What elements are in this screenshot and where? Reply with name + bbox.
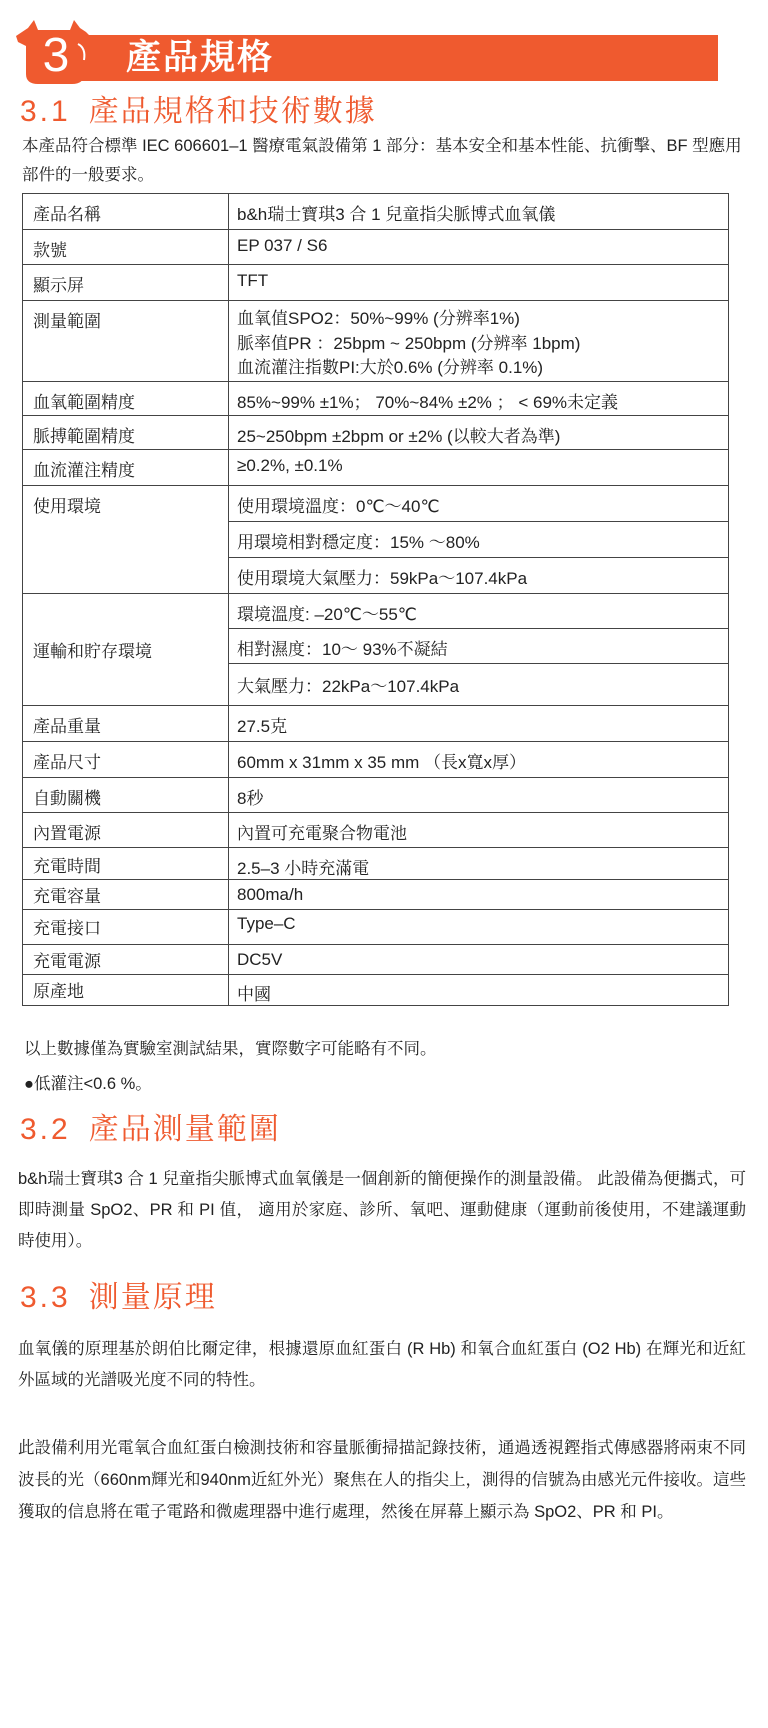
section-3-1-title: 產品規格和技術數據 (89, 95, 377, 128)
row-value: b&h瑞士寶琪3 合 1 兒童指尖脈博式血氧儀 (229, 194, 729, 230)
section-3-3-title: 測量原理 (89, 1281, 217, 1314)
row-label: 脈搏範圍精度 (23, 415, 229, 449)
banner-title: 產品規格 (126, 34, 274, 82)
row-label: 充電接口 (23, 909, 229, 944)
table-row: 脈搏範圍精度 25~250bpm ±2bpm or ±2% (以較大者為準) (23, 415, 729, 449)
table-row: 血流灌注精度 ≥0.2%, ±0.1% (23, 449, 729, 485)
row-value: TFT (229, 265, 729, 301)
row-value: 2.5–3 小時充滿電 (229, 847, 729, 879)
section-3-1-number: 3.1 (20, 95, 71, 128)
row-label: 充電電源 (23, 944, 229, 974)
section-3-1-heading: 3.1產品規格和技術數據 (20, 94, 377, 130)
table-row: 血氧範圍精度 85%~99% ±1%； 70%~84% ±2% ； < 69%未… (23, 381, 729, 415)
row-value: ≥0.2%, ±0.1% (229, 449, 729, 485)
section-3-3-heading: 3.3測量原理 (20, 1280, 217, 1316)
section-number: 3 (36, 28, 76, 84)
row-subvalue: 環境溫度: –20℃～55℃ (229, 593, 729, 628)
table-row: 充電電源 DC5V (23, 944, 729, 974)
standards-intro: 本產品符合標準 IEC 606601–1 醫療電氣設備第 1 部分：基本安全和基… (22, 132, 742, 190)
section-banner: 3 產品規格 (14, 18, 718, 88)
table-row: 款號 EP 037 / S6 (23, 230, 729, 265)
row-label: 內置電源 (23, 812, 229, 847)
row-label: 使用環境 (23, 485, 229, 593)
row-value: 血氧值SPO2：50%~99% (分辨率1%) 脈率值PR ：25bpm ~ 2… (229, 301, 729, 382)
section-3-3-paragraph-1: 血氧儀的原理基於朗伯比爾定律，根據還原血紅蛋白 (R Hb) 和氧合血紅蛋白 (… (18, 1334, 746, 1396)
table-row: 產品名稱 b&h瑞士寶琪3 合 1 兒童指尖脈博式血氧儀 (23, 194, 729, 230)
table-row: 自動關機 8秒 (23, 777, 729, 812)
section-3-3-number: 3.3 (20, 1281, 71, 1314)
table-row: 產品重量 27.5克 (23, 705, 729, 741)
row-subvalue: 用環境相對穩定度：15% ～80% (229, 521, 729, 557)
row-label: 充電容量 (23, 879, 229, 909)
row-label: 自動關機 (23, 777, 229, 812)
section-3-2-heading: 3.2產品測量範圍 (20, 1112, 281, 1148)
table-row: 測量範圍 血氧值SPO2：50%~99% (分辨率1%) 脈率值PR ：25bp… (23, 301, 729, 382)
table-row: 充電容量 800ma/h (23, 879, 729, 909)
row-label: 充電時間 (23, 847, 229, 879)
row-value: Type–C (229, 909, 729, 944)
row-value: 中國 (229, 974, 729, 1005)
spec-table: 產品名稱 b&h瑞士寶琪3 合 1 兒童指尖脈博式血氧儀 款號 EP 037 /… (22, 193, 729, 1006)
table-row: 使用環境 使用環境溫度：0℃～40℃ (23, 485, 729, 521)
row-value: 85%~99% ±1%； 70%~84% ±2% ； < 69%未定義 (229, 381, 729, 415)
row-subvalue: 使用環境溫度：0℃～40℃ (229, 485, 729, 521)
row-value: 8秒 (229, 777, 729, 812)
section-3-2-title: 產品測量範圍 (89, 1113, 281, 1146)
row-label: 產品尺寸 (23, 741, 229, 777)
row-label: 產品重量 (23, 705, 229, 741)
lab-results-note: 以上數據僅為實驗室測試結果，實際數字可能略有不同。 (24, 1035, 752, 1064)
row-value: 內置可充電聚合物電池 (229, 812, 729, 847)
table-row: 顯示屏 TFT (23, 265, 729, 301)
measure-pr: 脈率值PR ：25bpm ~ 250bpm (分辨率 1bpm) (237, 332, 718, 357)
low-perfusion-bullet: ●低灌注<0.6 %。 (24, 1070, 752, 1099)
table-row: 充電時間 2.5–3 小時充滿電 (23, 847, 729, 879)
row-label: 產品名稱 (23, 194, 229, 230)
row-value: EP 037 / S6 (229, 230, 729, 265)
row-value: 60mm x 31mm x 35 mm （長x寬x厚） (229, 741, 729, 777)
row-subvalue: 相對濕度：10～ 93%不凝結 (229, 628, 729, 663)
row-value: 27.5克 (229, 705, 729, 741)
table-row: 充電接口 Type–C (23, 909, 729, 944)
section-3-3-paragraph-2: 此設備利用光電氧合血紅蛋白檢測技術和容量脈衝掃描記錄技術，通過透視鏗指式傳感器將… (18, 1432, 746, 1528)
table-row: 運輸和貯存環境 環境溫度: –20℃～55℃ (23, 593, 729, 628)
table-row: 原產地 中國 (23, 974, 729, 1005)
row-label: 顯示屏 (23, 265, 229, 301)
row-value: 800ma/h (229, 879, 729, 909)
row-value: 25~250bpm ±2bpm or ±2% (以較大者為準) (229, 415, 729, 449)
measure-spo2: 血氧值SPO2：50%~99% (分辨率1%) (237, 307, 718, 332)
row-label: 血氧範圍精度 (23, 381, 229, 415)
row-label: 原產地 (23, 974, 229, 1005)
row-label: 測量範圍 (23, 301, 229, 382)
measure-pi: 血流灌注指數PI:大於0.6% (分辨率 0.1%) (237, 356, 718, 381)
row-label: 運輸和貯存環境 (23, 593, 229, 705)
row-value: DC5V (229, 944, 729, 974)
section-3-2-body: b&h瑞士寶琪3 合 1 兒童指尖脈博式血氧儀是一個創新的簡便操作的測量設備。 … (18, 1164, 746, 1257)
table-row: 產品尺寸 60mm x 31mm x 35 mm （長x寬x厚） (23, 741, 729, 777)
row-label: 款號 (23, 230, 229, 265)
row-label: 血流灌注精度 (23, 449, 229, 485)
row-subvalue: 大氣壓力：22kPa～107.4kPa (229, 663, 729, 705)
table-row: 內置電源 內置可充電聚合物電池 (23, 812, 729, 847)
row-subvalue: 使用環境大氣壓力：59kPa～107.4kPa (229, 557, 729, 593)
section-3-2-number: 3.2 (20, 1113, 71, 1146)
